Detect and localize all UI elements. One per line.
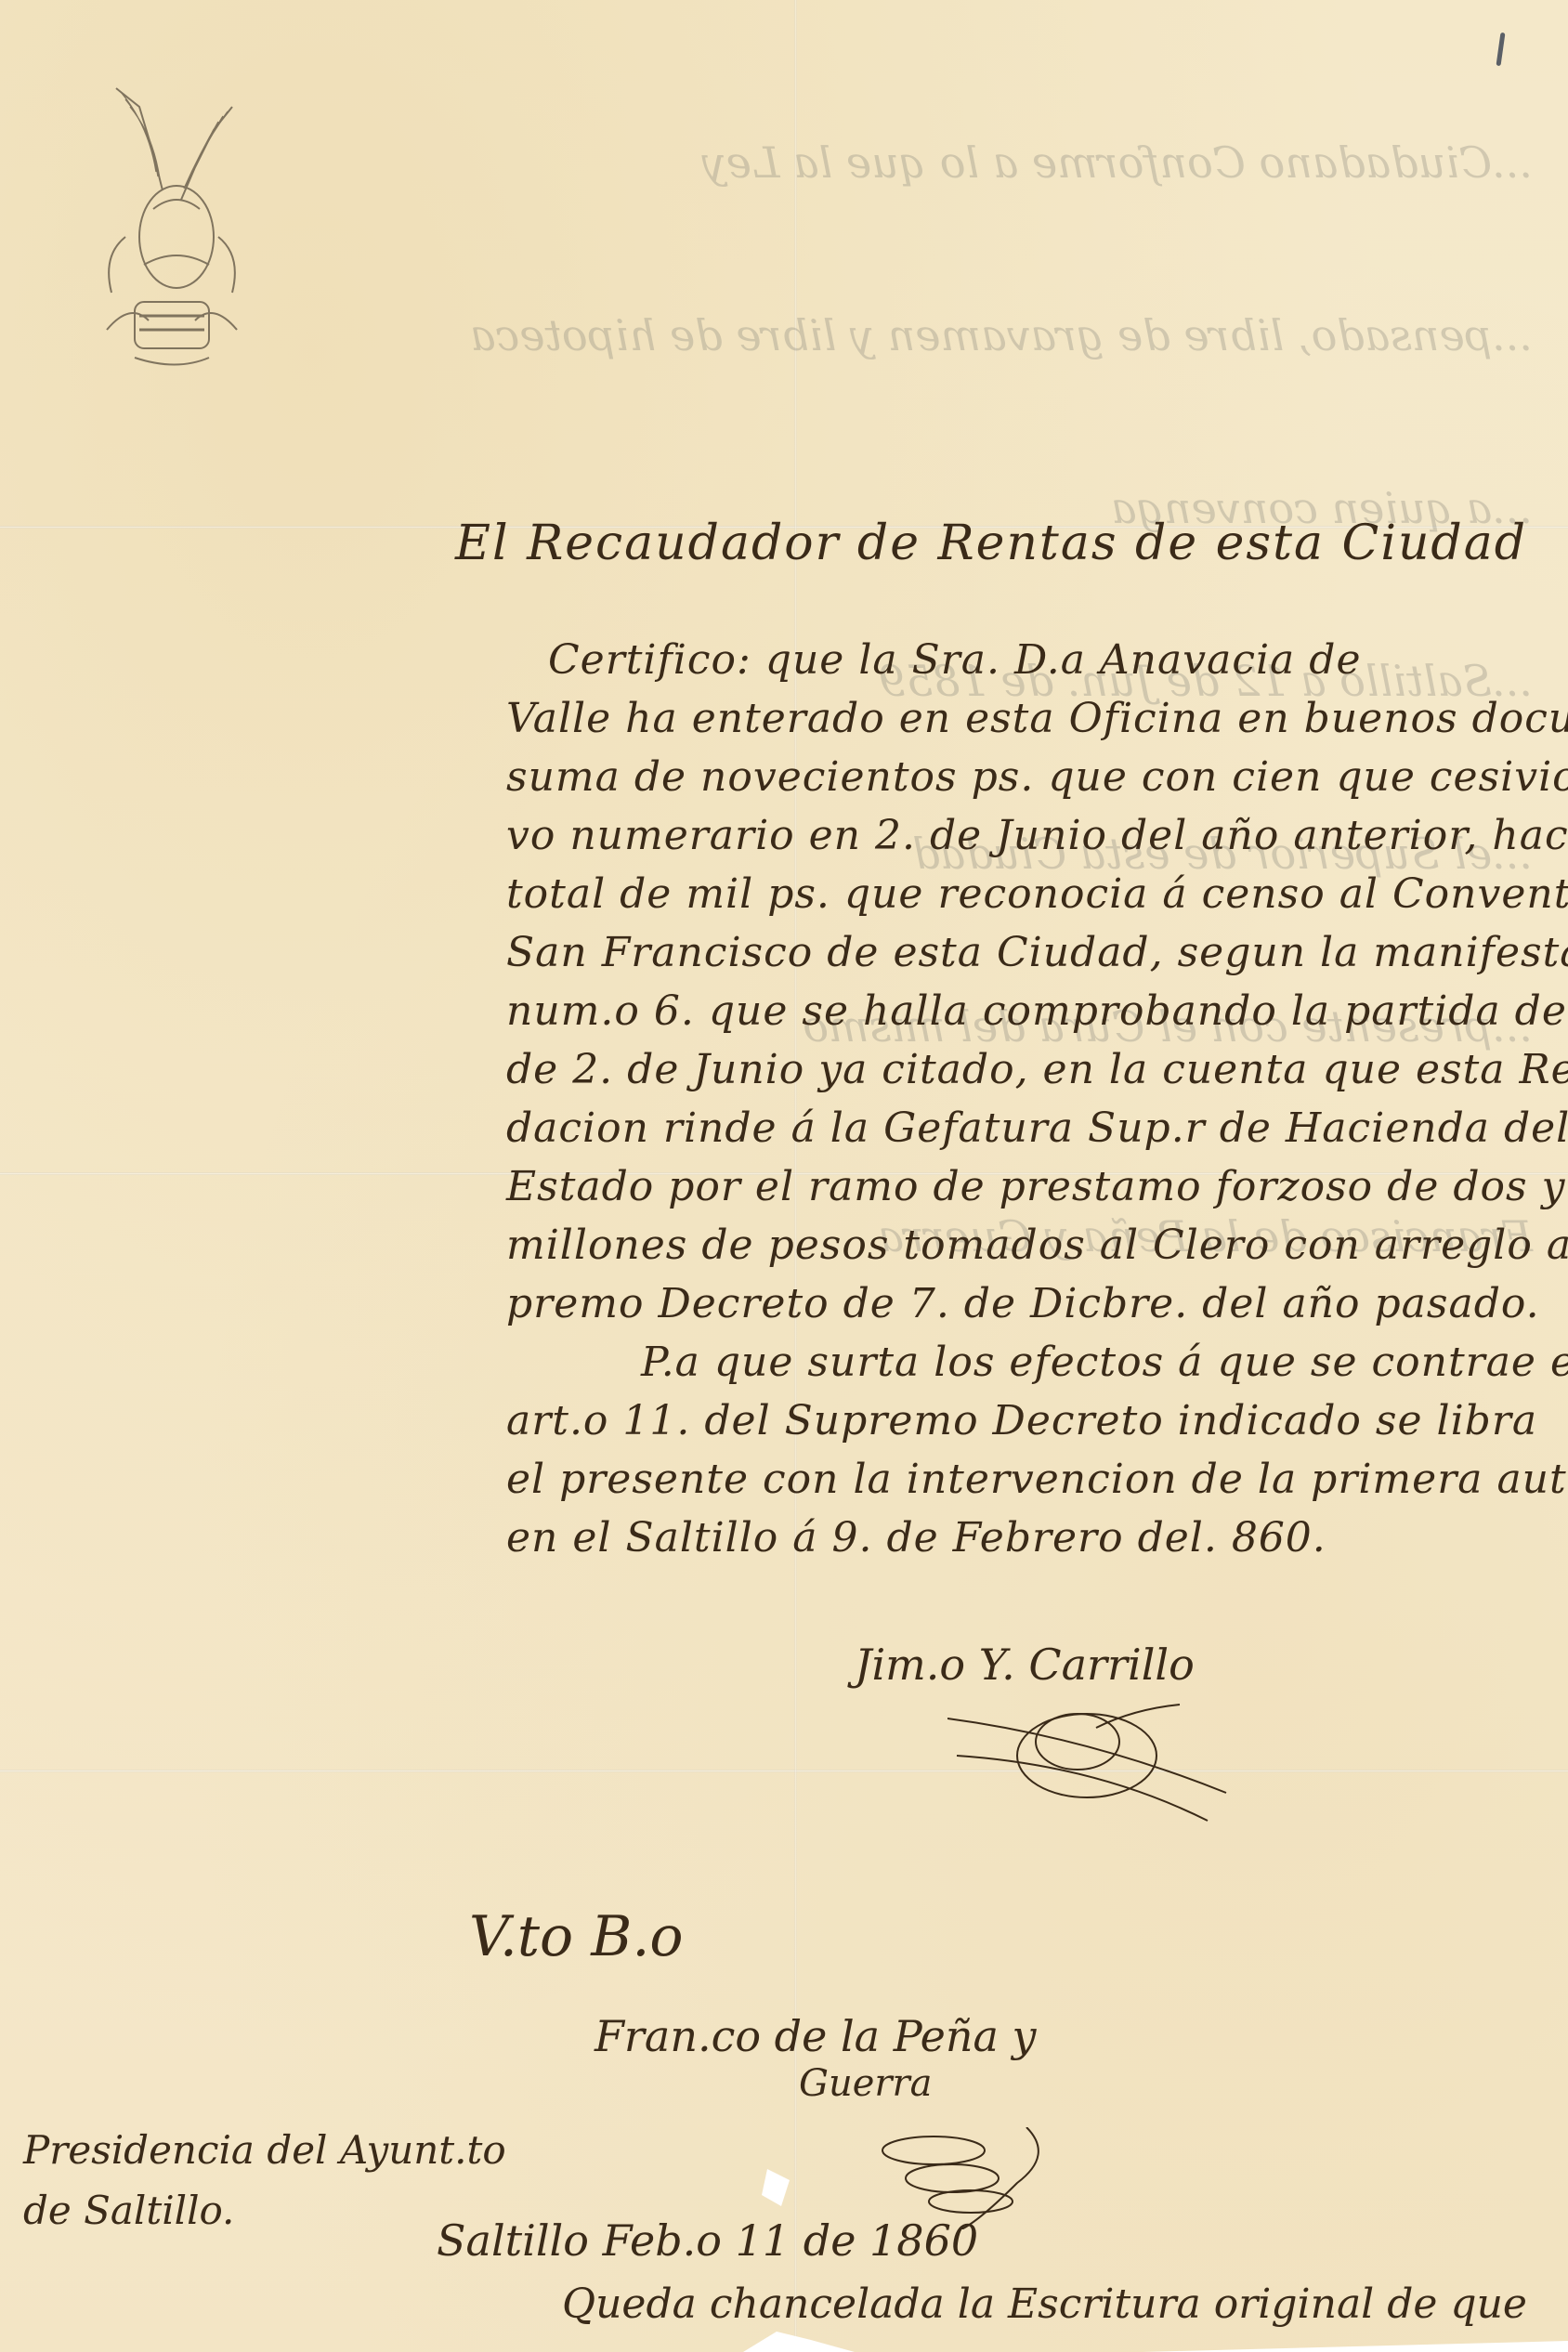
body-line: Valle ha enterado en esta Oficina en bue… xyxy=(506,695,1568,742)
eagle-seal-icon xyxy=(84,79,260,385)
body-line: vo numerario en 2. de Junio del año ante… xyxy=(506,812,1568,859)
fold-crease xyxy=(0,1770,1568,1772)
document-heading: El Recaudador de Rentas de esta Ciudad xyxy=(455,516,1527,571)
body-line: millones de pesos tomados al Clero con a… xyxy=(506,1222,1568,1269)
body-line: Certifico: que la Sra. D.a Anavacia de xyxy=(548,636,1361,684)
body-line: suma de novecientos ps. que con cien que… xyxy=(506,753,1568,801)
body-line: de 2. de Junio ya citado, en la cuenta q… xyxy=(506,1046,1568,1093)
signature-flourish-icon xyxy=(869,2127,1073,2229)
body-line: Estado por el ramo de prestamo forzoso d… xyxy=(506,1163,1568,1210)
body-line: en el Saltillo á 9. de Febrero del. 860. xyxy=(506,1514,1326,1561)
paper-tear xyxy=(762,2169,790,2206)
signature-flourish-icon xyxy=(947,1691,1245,1839)
footer-place-date: Saltillo Feb.o 11 de 1860 xyxy=(437,2215,978,2266)
approval-signer-title: Guerra xyxy=(799,2062,932,2105)
body-line: el presente con la intervencion de la pr… xyxy=(506,1456,1568,1503)
collector-signature: Jim.o Y. Carrillo xyxy=(855,1640,1195,1690)
paper-tear xyxy=(1143,2341,1568,2352)
body-line: total de mil ps. que reconocia á censo a… xyxy=(506,870,1568,918)
paper-tear xyxy=(743,2332,855,2352)
margin-note-line2: de Saltillo. xyxy=(23,2188,234,2233)
document-page: ...Ciudadano Conforme a lo que la Ley ..… xyxy=(0,0,1568,2352)
footer-note: Queda chancelada la Escritura original d… xyxy=(562,2280,1527,2328)
body-line: San Francisco de esta Ciudad, segun la m… xyxy=(506,929,1568,976)
body-line: P.a que surta los efectos á que se contr… xyxy=(641,1339,1568,1386)
approval-signer-name: Fran.co de la Peña y xyxy=(595,2011,1036,2061)
margin-note-line1: Presidencia del Ayunt.to xyxy=(23,2127,506,2173)
body-line: num.o 6. que se halla comprobando la par… xyxy=(506,987,1568,1035)
approval-label: V.to B.o xyxy=(469,1904,684,1969)
body-line: premo Decreto de 7. de Dicbre. del año p… xyxy=(506,1280,1540,1327)
body-line: art.o 11. del Supremo Decreto indicado s… xyxy=(506,1397,1537,1444)
body-line: dacion rinde á la Gefatura Sup.r de Haci… xyxy=(506,1104,1568,1152)
